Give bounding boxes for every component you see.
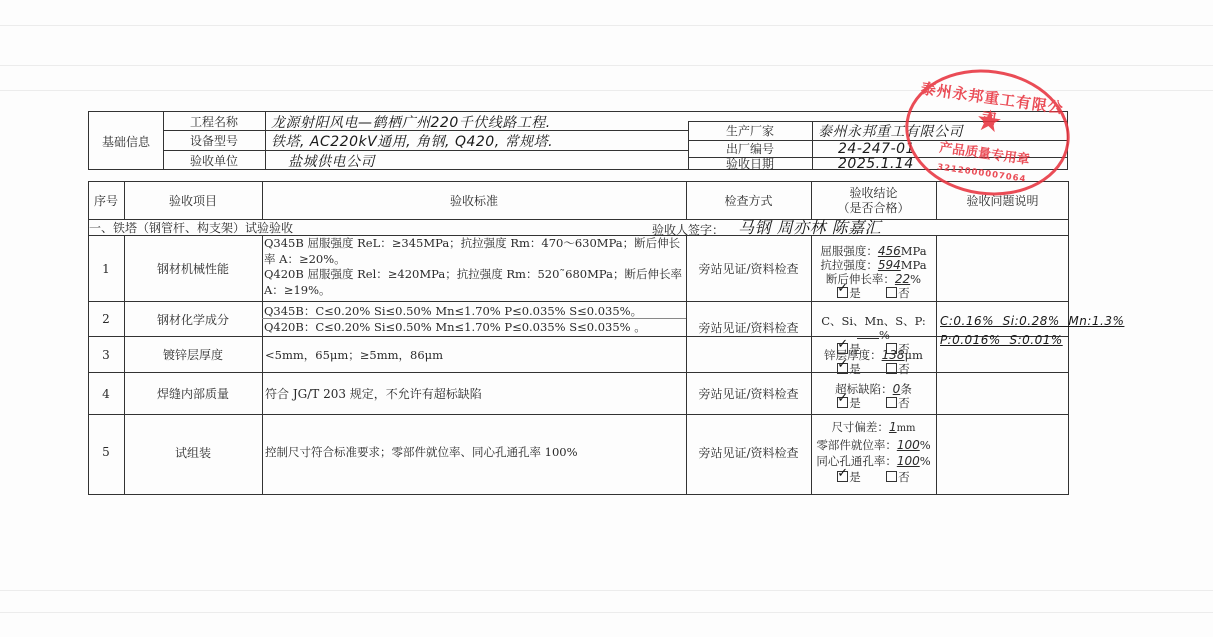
row5-item: 试组装 (124, 415, 262, 489)
acceptance-unit-label: 验收单位 (163, 151, 265, 170)
placement-rate-value[interactable]: 100 (897, 438, 920, 452)
row1-conclusion: 屈服强度：456MPa 抗拉强度：594MPa 断后伸长率：22% 是 否 (811, 244, 936, 300)
row2-no: 2 (88, 302, 124, 336)
row2-item: 钢材化学成分 (124, 302, 262, 336)
project-name-label: 工程名称 (163, 112, 265, 130)
basic-info-label: 基础信息 (89, 112, 163, 170)
row5-standard: 控制尺寸符合标准要求；零部件就位率、同心孔通孔率 100% (262, 415, 686, 489)
hole-pass-rate-value[interactable]: 100 (897, 454, 920, 468)
row5-method: 旁站见证/资料检查 (686, 415, 811, 489)
row2-method: 旁站见证/资料检查 (686, 302, 811, 352)
header-method: 检查方式 (686, 182, 811, 219)
header-item: 验收项目 (124, 182, 262, 219)
row4-method: 旁站见证/资料检查 (686, 373, 811, 414)
elongation-value[interactable]: 22 (895, 272, 910, 286)
row4-no-checkbox[interactable] (886, 397, 897, 408)
row2-standard: Q345B：C≤0.20% Si≤0.50% Mn≤1.70% P≤0.035%… (262, 303, 686, 335)
row3-conclusion: 锌层厚度：138μm 是 否 (811, 348, 936, 376)
row1-no: 1 (88, 236, 124, 301)
acceptance-date-label: 验收日期 (688, 157, 812, 170)
row3-yes-checkbox[interactable] (837, 363, 848, 374)
header-conclusion-line2: （是否合格） (837, 201, 909, 216)
row5-yes-checkbox[interactable] (837, 471, 848, 482)
header-standard: 验收标准 (262, 182, 686, 219)
row3-standard: <5mm，65μm；≥5mm，86μm (262, 337, 686, 372)
row1-yes-checkbox[interactable] (837, 287, 848, 298)
row4-no: 4 (88, 373, 124, 414)
zinc-thickness-value[interactable]: 138 (882, 348, 905, 362)
manufacturer-label: 生产厂家 (688, 121, 812, 140)
row1-item: 钢材机械性能 (124, 236, 262, 301)
row3-no: 3 (88, 337, 124, 372)
tensile-strength-value[interactable]: 594 (878, 258, 901, 272)
row1-no-checkbox[interactable] (886, 287, 897, 298)
project-name-value[interactable]: 龙源射阳风电—鹤栖广州220千伏线路工程. (268, 112, 688, 131)
row4-yes-checkbox[interactable] (837, 397, 848, 408)
row5-no: 5 (88, 415, 124, 489)
row3-no-checkbox[interactable] (886, 363, 897, 374)
signature-value[interactable]: 马钢 周亦林 陈嘉汇 (735, 216, 1035, 236)
yield-strength-value[interactable]: 456 (878, 244, 901, 258)
row4-conclusion: 超标缺陷：0条 是 否 (811, 382, 936, 410)
acceptance-unit-value[interactable]: 盐城供电公司 (285, 151, 685, 170)
row3-item: 镀锌层厚度 (124, 337, 262, 372)
equipment-model-value[interactable]: 铁塔, AC220kV通用, 角钢, Q420, 常规塔. (268, 131, 688, 150)
chem-composition-blank[interactable] (857, 328, 879, 339)
row4-standard: 符合 JG/T 203 规定，不允许有超标缺陷 (262, 373, 686, 414)
header-conclusion-line1: 验收结论 (849, 186, 897, 201)
row5-conclusion: 尺寸偏差：1mm 零部件就位率：100% 同心孔通孔率：100% 是 否 (811, 419, 936, 485)
signature-label: 验收人签字： (646, 221, 730, 237)
row4-item: 焊缝内部质量 (124, 373, 262, 414)
header-no: 序号 (88, 182, 124, 219)
row1-standard: Q345B 屈服强度 ReL：≥345MPa；抗拉强度 Rm：470～630MP… (262, 236, 686, 298)
size-deviation-value[interactable]: 1 (889, 420, 897, 434)
row1-method: 旁站见证/资料检查 (686, 236, 811, 301)
row2-remarks[interactable]: C:0.16% Si:0.28% Mn:1.3% P:0.016% S:0.01… (940, 312, 1213, 350)
header-conclusion: 验收结论 （是否合格） (811, 182, 936, 219)
equipment-model-label: 设备型号 (163, 131, 265, 150)
section-title: 一、铁塔（钢管杆、构支架）试验验收 (88, 219, 588, 235)
row5-no-checkbox[interactable] (886, 471, 897, 482)
